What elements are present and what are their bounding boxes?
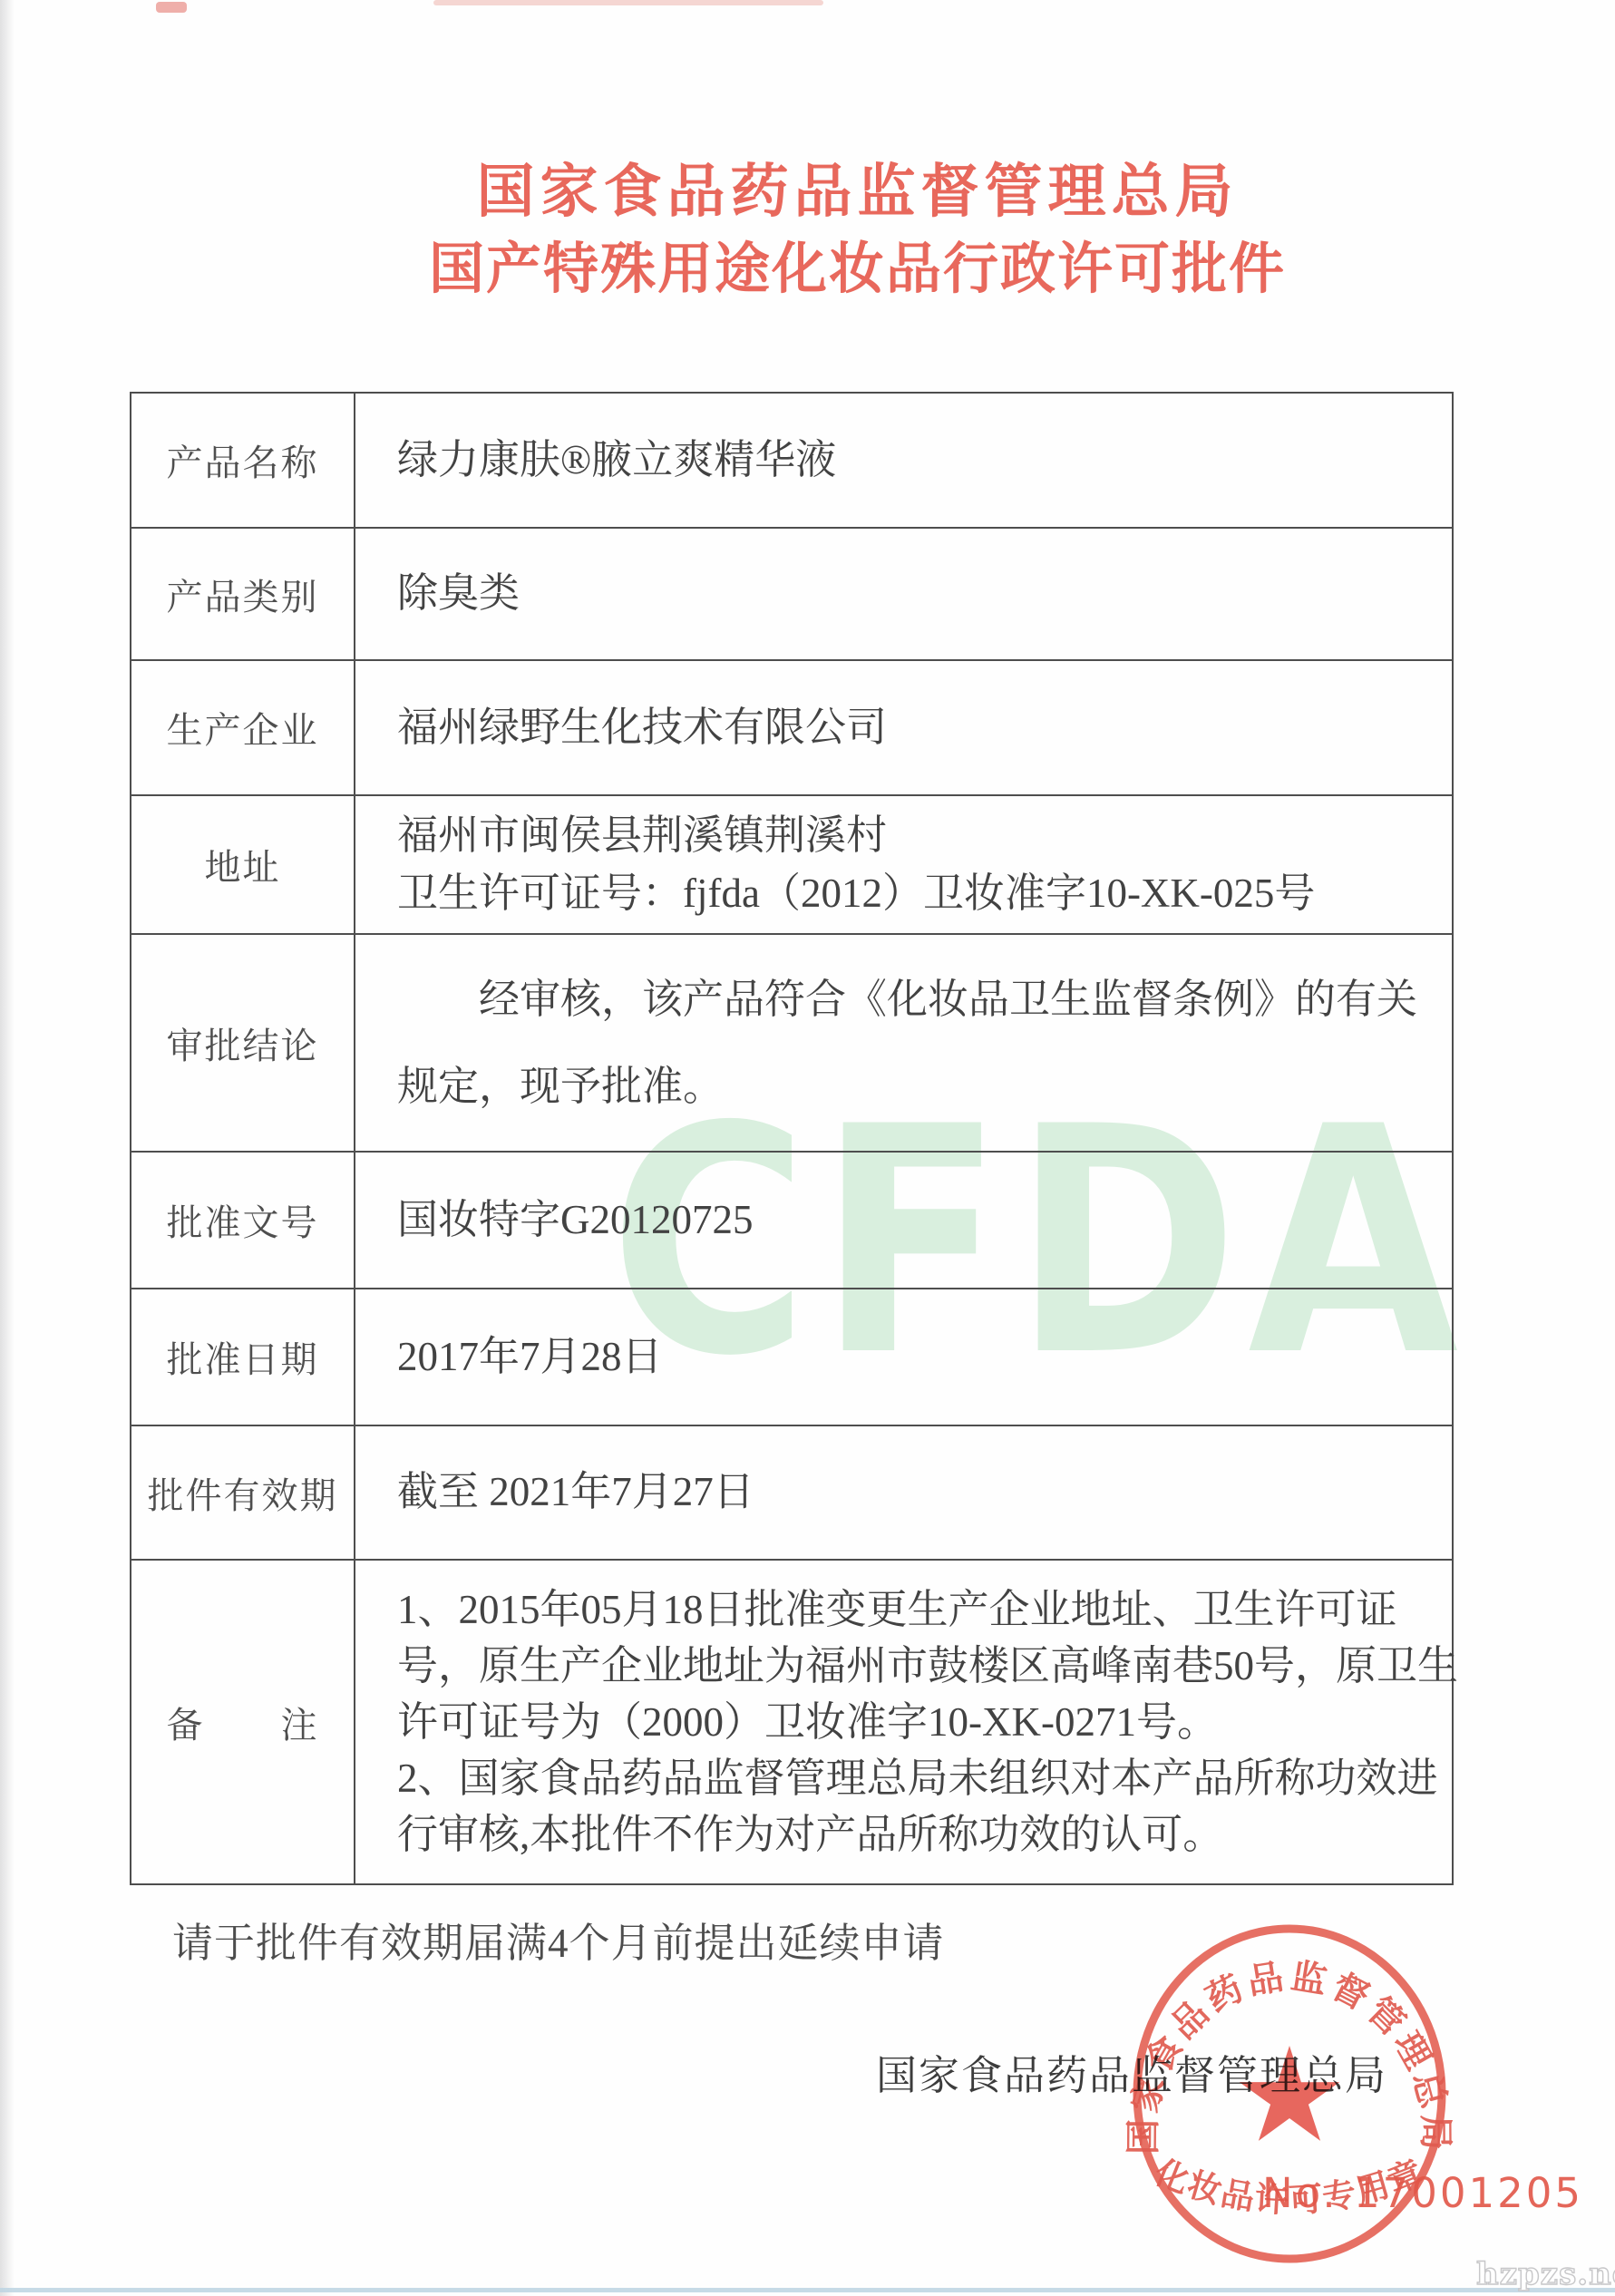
validity-value: 截至 2021年7月27日: [397, 1464, 1452, 1522]
row-value: 福州绿野生化技术有限公司: [355, 661, 1452, 794]
document-title-line1: 国家食品药品监督管理总局: [100, 145, 1615, 229]
remark-line: 号，原生产企业地址为福州市鼓楼区高峰南巷50号，原卫生: [397, 1638, 1458, 1694]
approval-table: 产品名称 绿力康肤®腋立爽精华液 产品类别 除臭类 生产企业 福州绿野生化技术有…: [130, 392, 1454, 1885]
table-row-approval-number: 批准文号 国妆特字G20120725: [131, 1153, 1452, 1289]
row-value: 福州市闽侯县荆溪镇荆溪村 卫生许可证号：fjfda（2012）卫妆准字10-XK…: [355, 796, 1452, 933]
row-label: 批准文号: [131, 1153, 355, 1288]
seal-number: No. 17001205: [1262, 2169, 1583, 2217]
row-value: 1、2015年05月18日批准变更生产企业地址、卫生许可证 号，原生产企业地址为…: [355, 1561, 1467, 1883]
document-title-line2: 国产特殊用途化妆品行政许可批件: [100, 225, 1615, 304]
table-row-product-category: 产品类别 除臭类: [131, 529, 1452, 661]
table-row-approval-conclusion: 审批结论 经审核，该产品符合《化妆品卫生监督条例》的有关 规定，现予批准。: [131, 935, 1452, 1153]
scan-left-edge-shadow: [0, 0, 15, 2296]
seal-star-icon: [1240, 2046, 1339, 2141]
approval-date-value: 2017年7月28日: [397, 1328, 1452, 1386]
product-category-value: 除臭类: [397, 565, 1452, 623]
conclusion-line: 规定，现予批准。: [397, 1043, 1452, 1130]
row-value: 截至 2021年7月27日: [355, 1426, 1452, 1559]
table-row-validity-period: 批件有效期 截至 2021年7月27日: [131, 1426, 1452, 1561]
row-label: 生产企业: [131, 661, 355, 794]
row-value: 经审核，该产品符合《化妆品卫生监督条例》的有关 规定，现予批准。: [355, 935, 1452, 1151]
remark-line: 2、国家食品药品监督管理总局未组织对本产品所称功效进: [397, 1750, 1458, 1806]
table-row-remarks: 备 注 1、2015年05月18日批准变更生产企业地址、卫生许可证 号，原生产企…: [131, 1561, 1452, 1883]
scan-bottom-edge: [0, 2288, 1615, 2292]
remark-line: 许可证号为（2000）卫妆准字10-XK-0271号。: [397, 1694, 1458, 1750]
approval-document-page: CFDA 国家食品药品监督管理总局 国产特殊用途化妆品行政许可批件 产品名称 绿…: [0, 0, 1615, 2296]
hygiene-license-line: 卫生许可证号：fjfda（2012）卫妆准字10-XK-025号: [397, 865, 1452, 923]
site-watermark: hzpzs.net: [1476, 2256, 1615, 2292]
row-label: 产品名称: [131, 394, 355, 527]
official-seal: 国家食品药品监督管理总局 化妆品许可专用章: [1117, 1915, 1462, 2278]
product-name-value: 绿力康肤®腋立爽精华液: [397, 432, 1452, 490]
row-label: 备 注: [131, 1561, 355, 1883]
row-label: 审批结论: [131, 935, 355, 1151]
row-label: 产品类别: [131, 529, 355, 659]
scan-artifact: [433, 0, 823, 5]
renewal-note: 请于批件有效期届满4个月前提出延续申请: [172, 1910, 945, 1969]
remark-line: 1、2015年05月18日批准变更生产企业地址、卫生许可证: [397, 1581, 1458, 1638]
row-value: 绿力康肤®腋立爽精华液: [355, 394, 1452, 527]
table-row-manufacturer: 生产企业 福州绿野生化技术有限公司: [131, 661, 1452, 796]
table-row-address: 地址 福州市闽侯县荆溪镇荆溪村 卫生许可证号：fjfda（2012）卫妆准字10…: [131, 796, 1452, 935]
row-label: 地址: [131, 796, 355, 933]
remark-line: 行审核,本批件不作为对产品所称功效的认可。: [397, 1806, 1458, 1863]
row-value: 国妆特字G20120725: [355, 1153, 1452, 1288]
row-value: 除臭类: [355, 529, 1452, 659]
row-value: 2017年7月28日: [355, 1289, 1452, 1425]
conclusion-line: 经审核，该产品符合《化妆品卫生监督条例》的有关: [397, 956, 1452, 1043]
scan-artifact: [156, 2, 187, 13]
address-line: 福州市闽侯县荆溪镇荆溪村: [397, 807, 1452, 865]
approval-number-value: 国妆特字G20120725: [397, 1192, 1452, 1250]
manufacturer-value: 福州绿野生化技术有限公司: [397, 699, 1452, 757]
row-label: 批件有效期: [131, 1426, 355, 1559]
table-row-approval-date: 批准日期 2017年7月28日: [131, 1289, 1452, 1426]
table-row-product-name: 产品名称 绿力康肤®腋立爽精华液: [131, 394, 1452, 529]
row-label: 批准日期: [131, 1289, 355, 1425]
